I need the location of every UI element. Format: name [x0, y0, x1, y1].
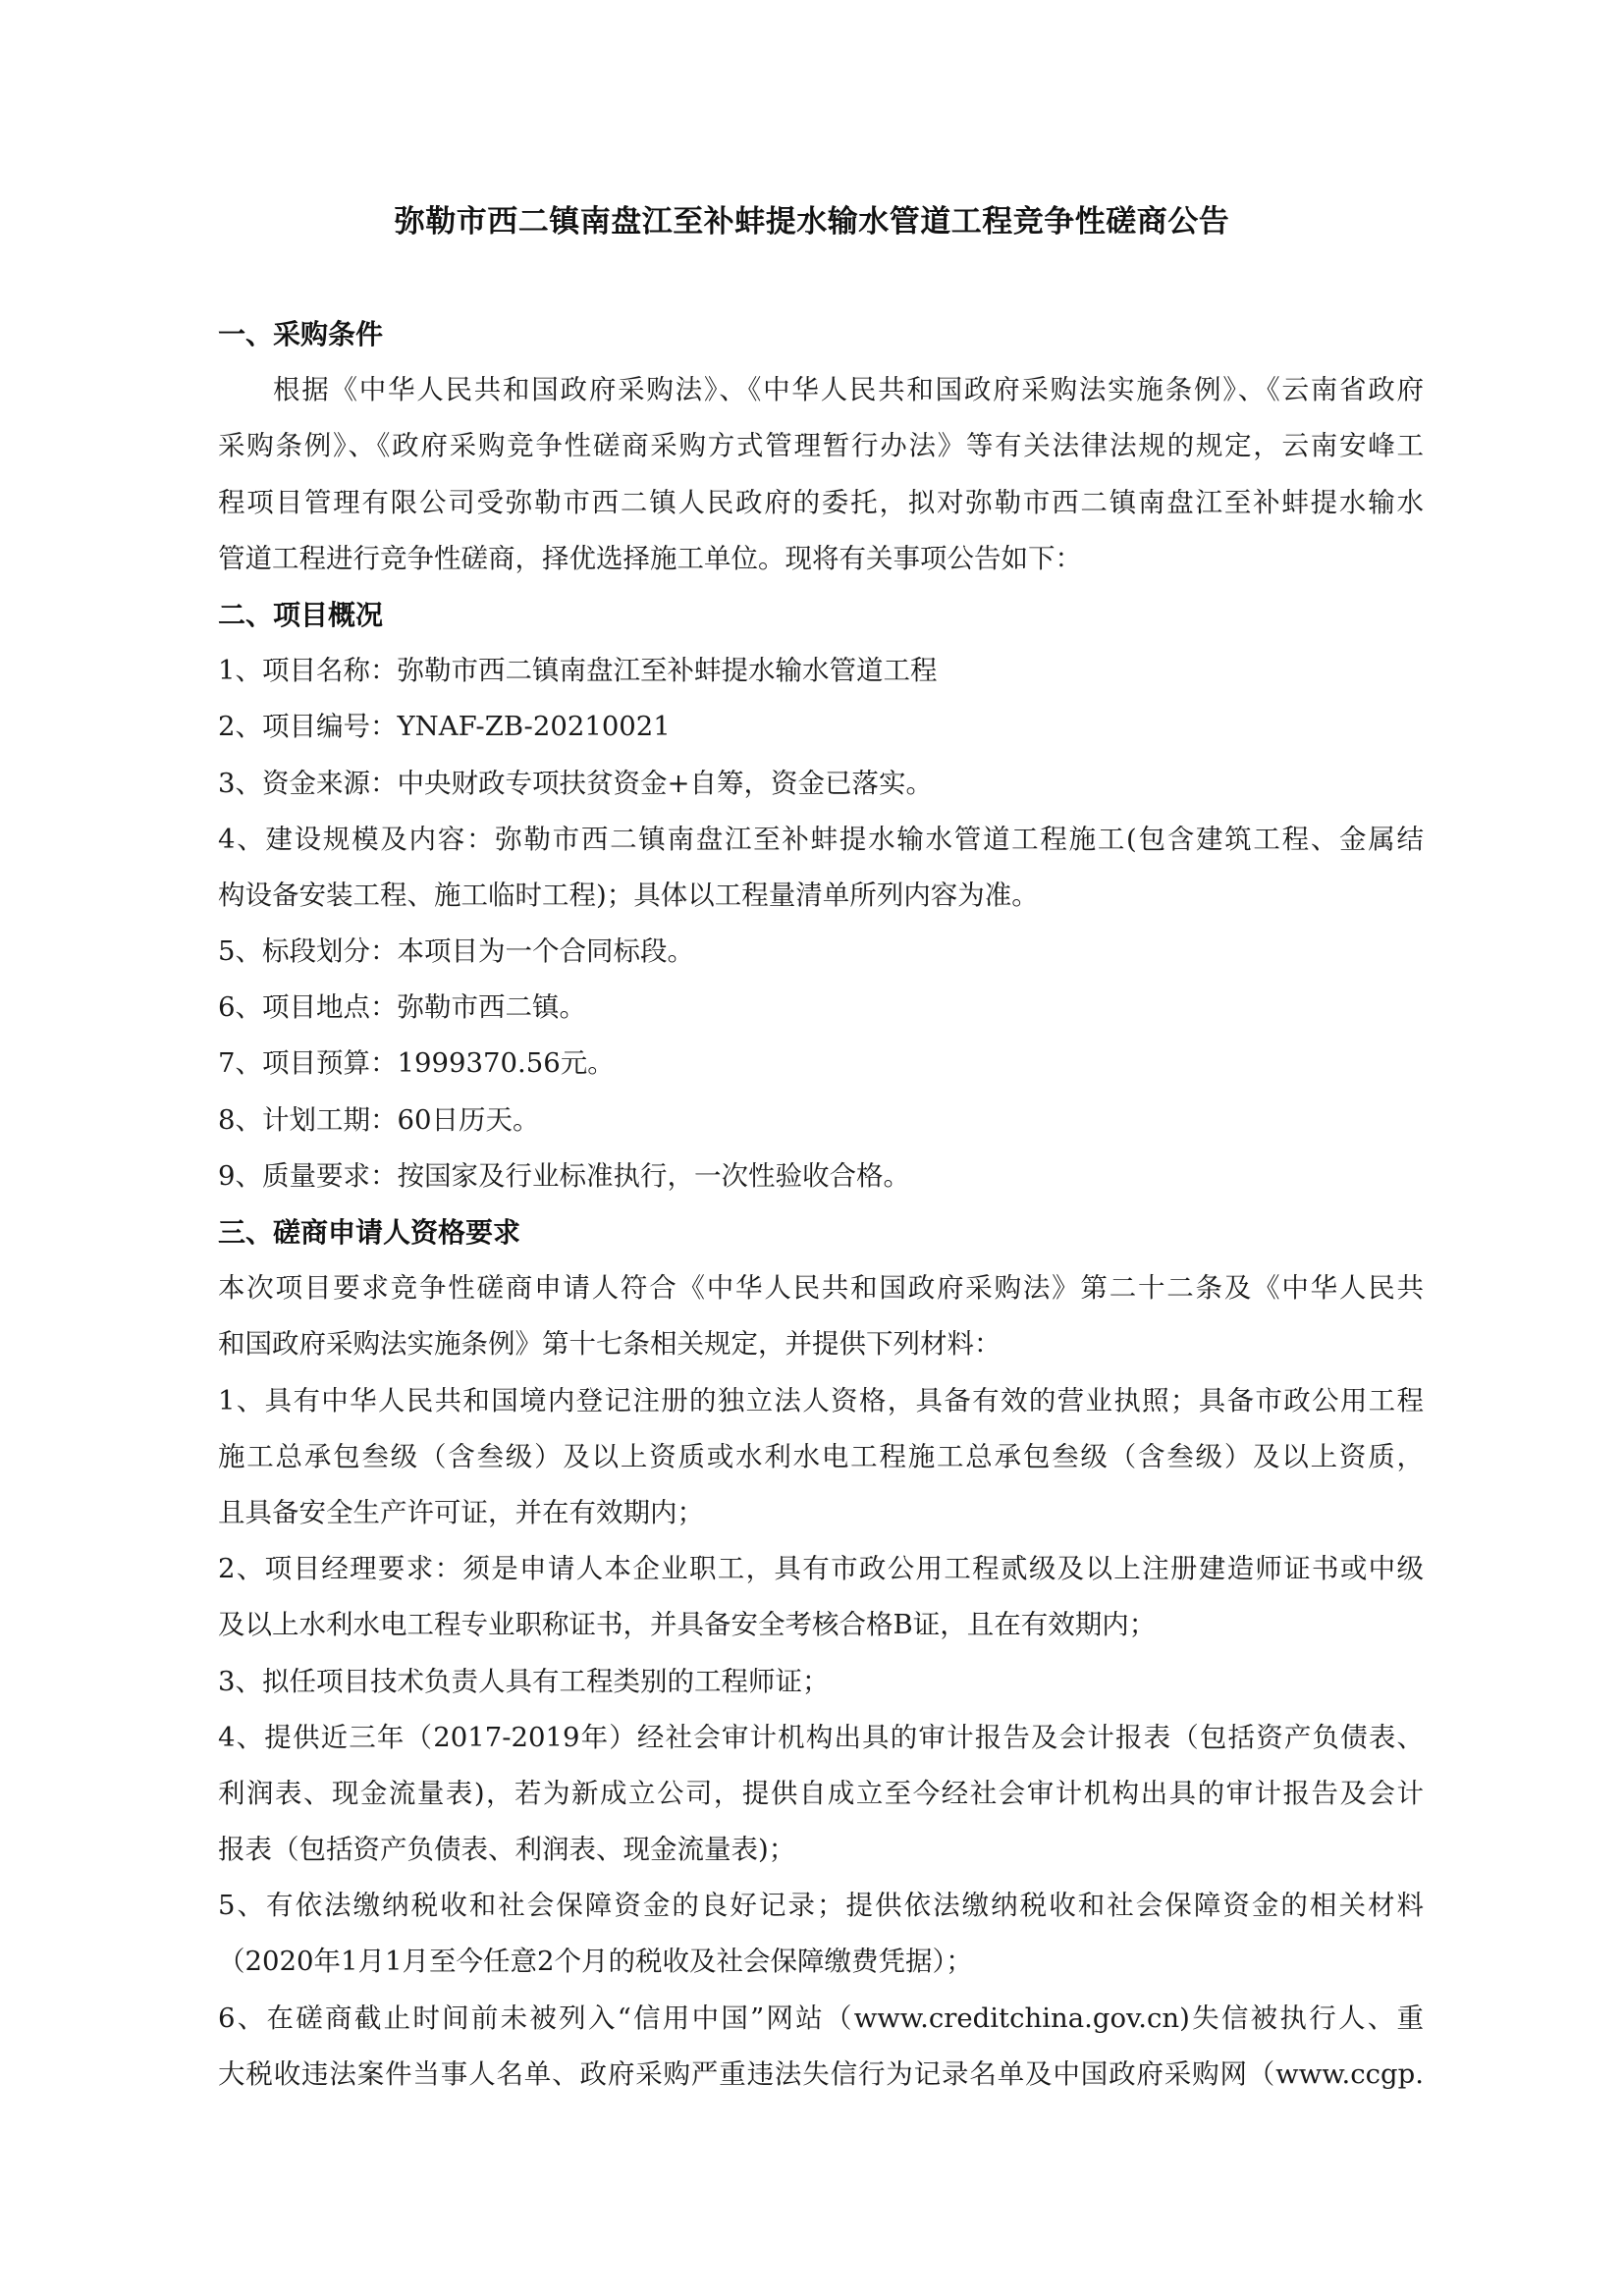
qualification-item-6-cont: 大税收违法案件当事人名单、政府采购严重违法失信行为记录名单及中国政府采购网（ww…: [218, 2047, 1424, 2103]
project-name-item: 1、项目名称：弥勒市西二镇南盘江至补蚌提水输水管道工程: [218, 643, 1424, 699]
qualification-item-1-cont: 且具备安全生产许可证，并在有效期内；: [218, 1485, 1424, 1541]
section-heading-applicant-qualifications: 三、磋商申请人资格要求: [218, 1204, 1424, 1260]
paragraph-line: 程项目管理有限公司受弥勒市西二镇人民政府的委托，拟对弥勒市西二镇南盘江至补蚌提水…: [218, 475, 1424, 531]
paragraph-line: 根据《中华人民共和国政府采购法》、《中华人民共和国政府采购法实施条例》、《云南省…: [218, 362, 1424, 418]
qualification-item-4-cont: 利润表、现金流量表)，若为新成立公司，提供自成立至今经社会审计机构出具的审计报告…: [218, 1766, 1424, 1822]
paragraph-line: 采购条例》、《政府采购竞争性磋商采购方式管理暂行办法》等有关法律法规的规定，云南…: [218, 418, 1424, 474]
qualification-item-2-cont: 及以上水利水电工程专业职称证书，并具备安全考核合格B证，且在有效期内；: [218, 1597, 1424, 1653]
paragraph-line: 管道工程进行竞争性磋商，择优选择施工单位。现将有关事项公告如下：: [218, 531, 1424, 587]
document-title: 弥勒市西二镇南盘江至补蚌提水输水管道工程竞争性磋商公告: [0, 196, 1624, 240]
paragraph-line: 和国政府采购法实施条例》第十七条相关规定，并提供下列材料：: [218, 1316, 1424, 1372]
qualification-item-1-cont: 施工总承包叁级（含叁级）及以上资质或水利水电工程施工总承包叁级（含叁级）及以上资…: [218, 1429, 1424, 1485]
quality-requirement-item: 9、质量要求：按国家及行业标准执行，一次性验收合格。: [218, 1148, 1424, 1204]
project-number-item: 2、项目编号：YNAF-ZB-20210021: [218, 699, 1424, 755]
document-page: 弥勒市西二镇南盘江至补蚌提水输水管道工程竞争性磋商公告 一、采购条件 根据《中华…: [0, 0, 1624, 2296]
document-body: 一、采购条件 根据《中华人民共和国政府采购法》、《中华人民共和国政府采购法实施条…: [218, 306, 1424, 2103]
qualification-item-1: 1、具有中华人民共和国境内登记注册的独立法人资格，具备有效的营业执照；具备市政公…: [218, 1373, 1424, 1429]
qualification-item-2: 2、项目经理要求：须是申请人本企业职工，具有市政公用工程贰级及以上注册建造师证书…: [218, 1541, 1424, 1597]
construction-scope-item: 4、建设规模及内容：弥勒市西二镇南盘江至补蚌提水输水管道工程施工(包含建筑工程、…: [218, 812, 1424, 868]
qualification-item-5: 5、有依法缴纳税收和社会保障资金的良好记录；提供依法缴纳税收和社会保障资金的相关…: [218, 1878, 1424, 1934]
construction-scope-item-cont: 构设备安装工程、施工临时工程)；具体以工程量清单所列内容为准。: [218, 868, 1424, 924]
qualification-item-6: 6、在磋商截止时间前未被列入“信用中国”网站（www.creditchina.g…: [218, 1991, 1424, 2047]
paragraph-line: 本次项目要求竞争性磋商申请人符合《中华人民共和国政府采购法》第二十二条及《中华人…: [218, 1260, 1424, 1316]
project-location-item: 6、项目地点：弥勒市西二镇。: [218, 980, 1424, 1036]
qualification-item-4: 4、提供近三年（2017-2019年）经社会审计机构出具的审计报告及会计报表（包…: [218, 1710, 1424, 1766]
qualification-item-4-cont: 报表（包括资产负债表、利润表、现金流量表)；: [218, 1822, 1424, 1878]
section-heading-project-overview: 二、项目概况: [218, 587, 1424, 643]
project-budget-item: 7、项目预算：1999370.56元。: [218, 1036, 1424, 1092]
planned-duration-item: 8、计划工期：60日历天。: [218, 1093, 1424, 1148]
section-heading-procurement-conditions: 一、采购条件: [218, 306, 1424, 362]
lot-division-item: 5、标段划分：本项目为一个合同标段。: [218, 924, 1424, 980]
qualification-item-3: 3、拟任项目技术负责人具有工程类别的工程师证；: [218, 1654, 1424, 1710]
qualification-item-5-cont: （2020年1月1月至今任意2个月的税收及社会保障缴费凭据）；: [218, 1934, 1424, 1990]
funding-source-item: 3、资金来源：中央财政专项扶贫资金+自筹，资金已落实。: [218, 756, 1424, 812]
